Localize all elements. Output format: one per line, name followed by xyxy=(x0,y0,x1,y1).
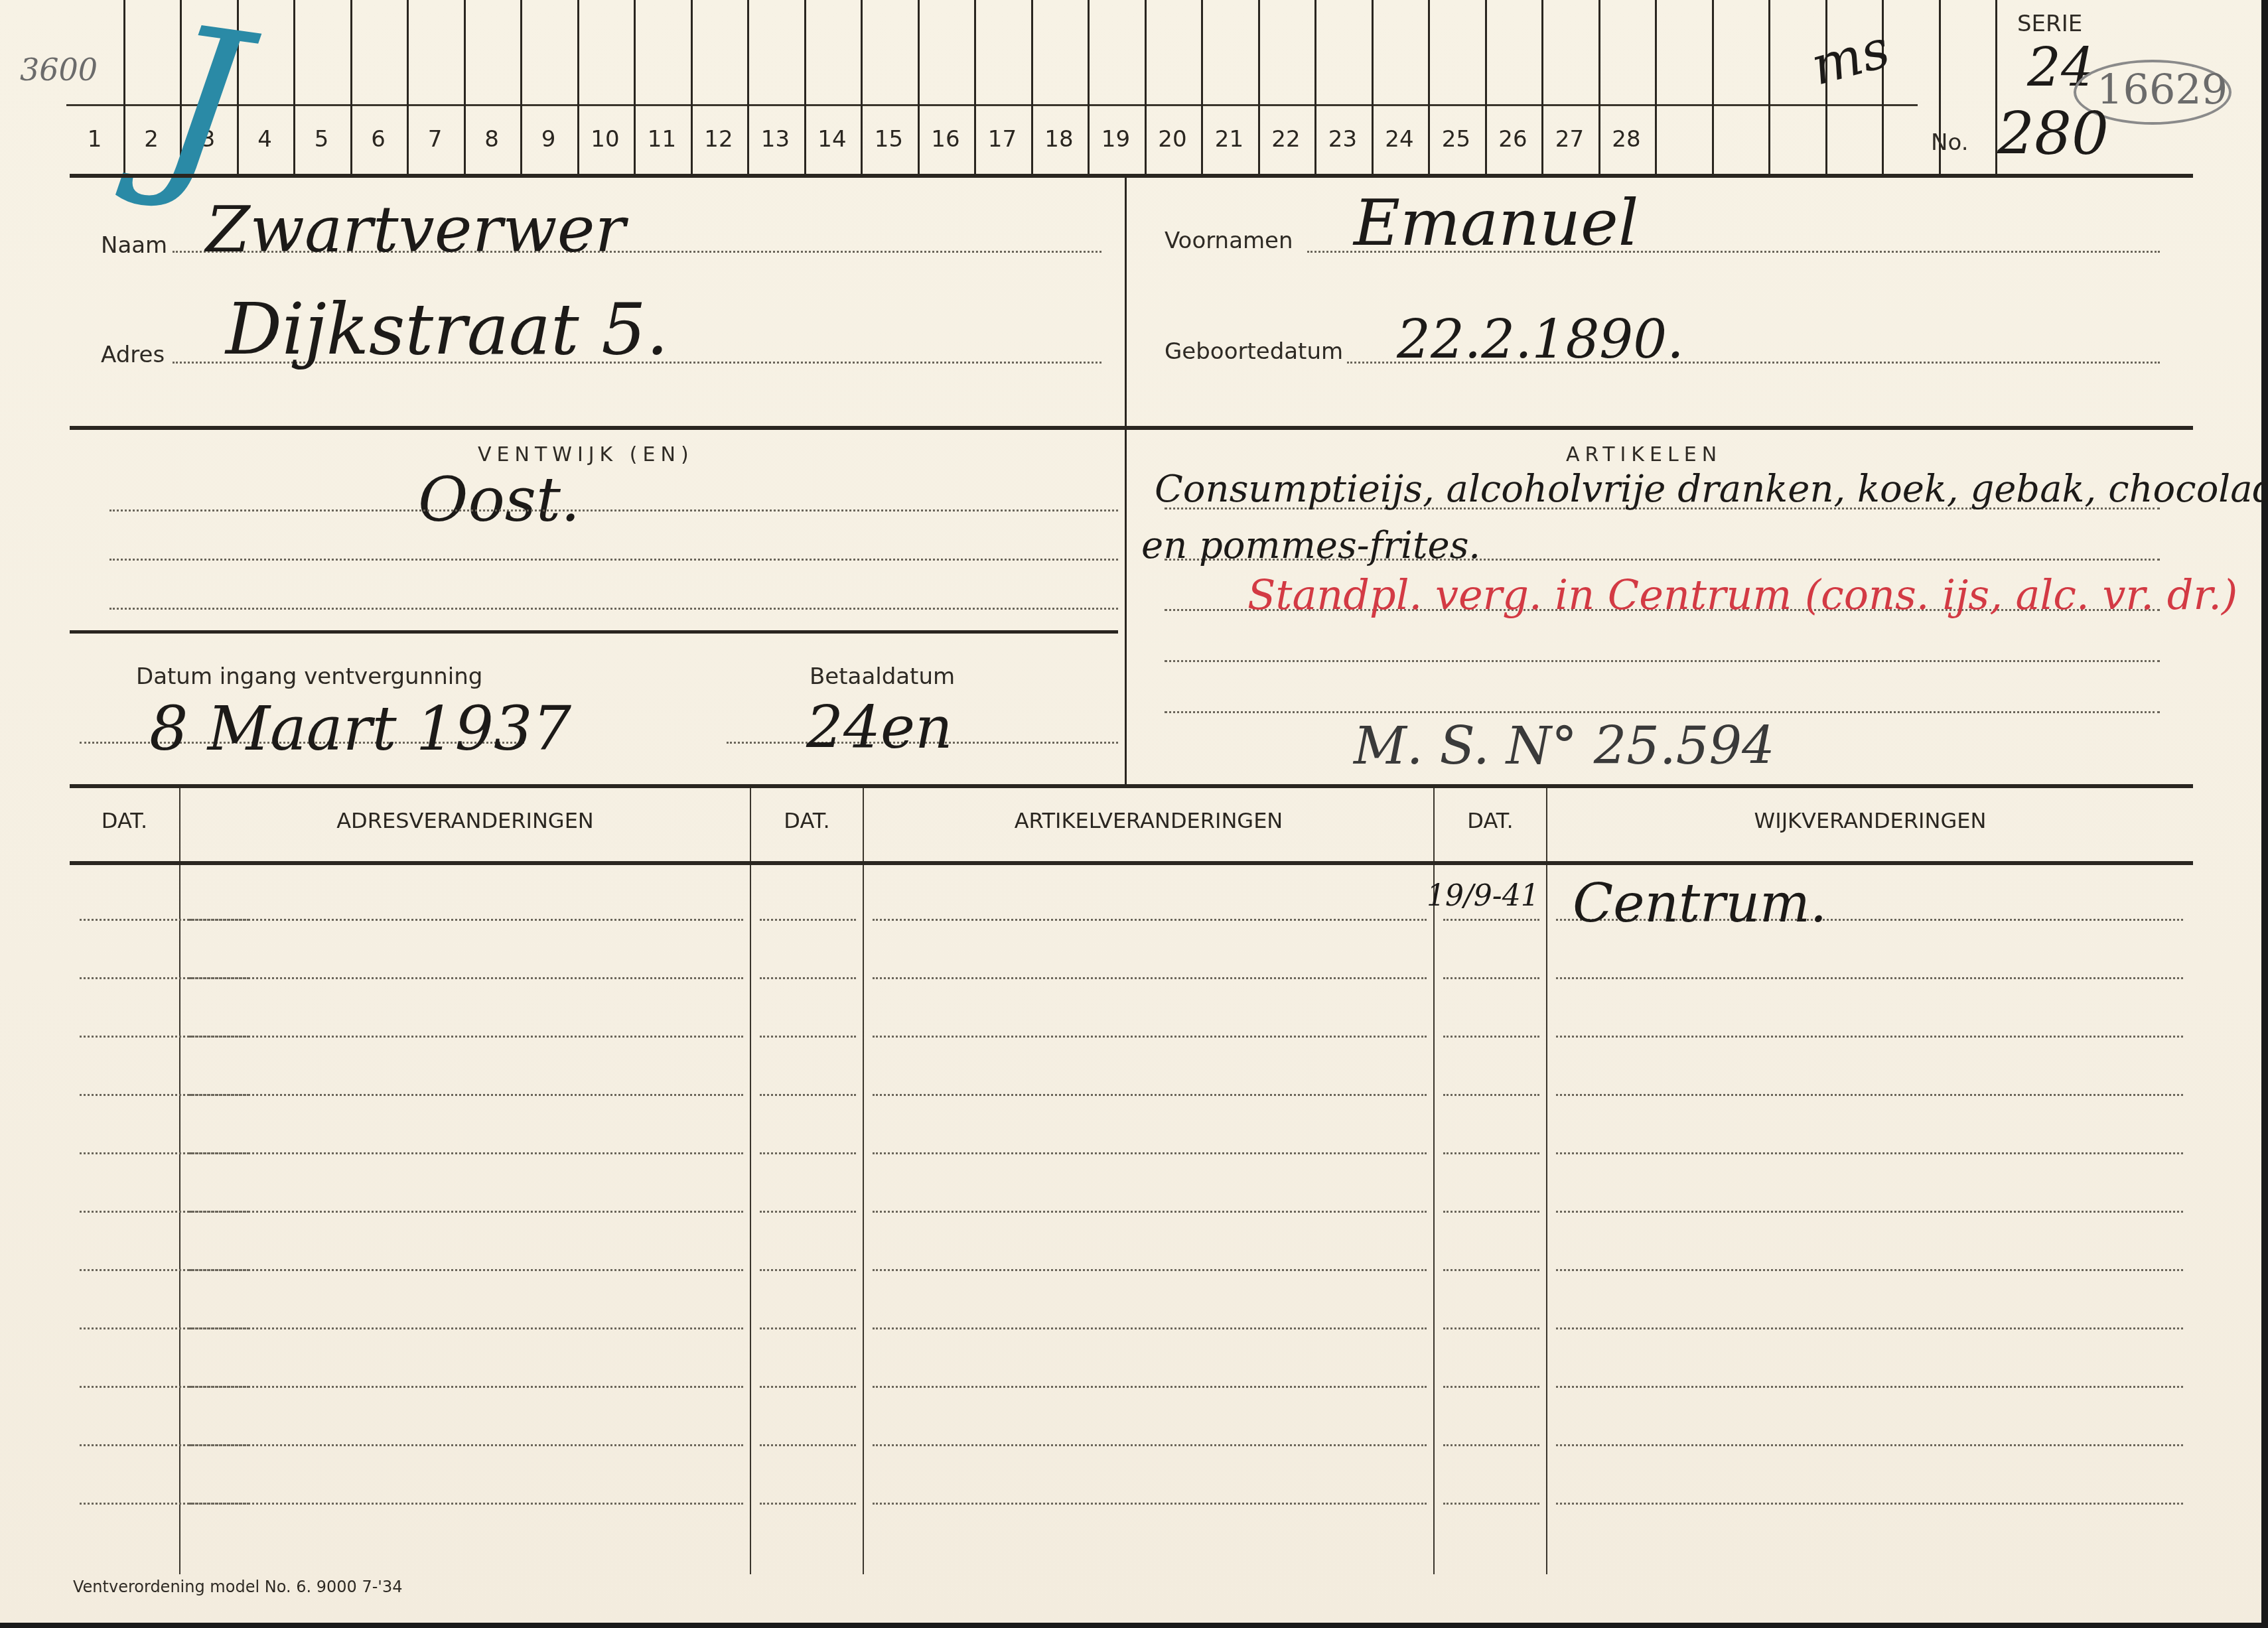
table-row-line xyxy=(1443,1094,1539,1096)
col-divider-3 xyxy=(863,788,864,1574)
table-row-line xyxy=(760,1327,856,1329)
grid-number: 14 xyxy=(804,126,861,153)
table-row-line xyxy=(760,1503,856,1505)
betaaldatum-label: Betaaldatum xyxy=(810,663,955,690)
artikelen-value-line2: en pommes-frites. xyxy=(1141,524,1480,567)
datum-ingang-value: 8 Maart 1937 xyxy=(149,693,571,764)
grid-number: 17 xyxy=(974,126,1030,153)
table-row-line xyxy=(189,1094,743,1096)
table-row-line xyxy=(1556,1094,2183,1096)
grid-column-line xyxy=(1712,0,1714,174)
personal-divider xyxy=(70,426,2193,430)
table-row-line xyxy=(1443,919,1539,921)
serie-label: SERIE xyxy=(2017,11,2082,37)
artikelen-value-line1: Consumptieijs, alcoholvrije dranken, koe… xyxy=(1155,468,2268,511)
naam-value: Zwartverwer xyxy=(206,192,625,267)
datum-ingang-label: Datum ingang ventvergunning xyxy=(136,663,482,690)
table-row-line xyxy=(1556,1269,2183,1271)
no-value: 280 xyxy=(1997,100,2109,168)
table-row-line xyxy=(873,1503,1427,1505)
grid-column-line xyxy=(1655,0,1657,174)
table-row-line xyxy=(760,1386,856,1388)
table-row-line xyxy=(1556,1036,2183,1038)
table-row-line xyxy=(189,919,743,921)
grid-number: 1 xyxy=(66,126,123,153)
table-row-line xyxy=(873,1036,1427,1038)
blue-check-mark: J xyxy=(147,0,258,223)
col-divider-1 xyxy=(179,788,180,1574)
ventwijk-line-1 xyxy=(109,509,1118,511)
grid-number: 25 xyxy=(1428,126,1484,153)
ventwijk-value: Oost. xyxy=(418,464,580,535)
table-row-line xyxy=(760,1152,856,1154)
table-row-line xyxy=(873,919,1427,921)
ventwijk-line-3 xyxy=(109,608,1118,610)
wijk-row-1-date: 19/9-41 xyxy=(1427,879,1539,913)
table-row-line xyxy=(1556,1503,2183,1505)
table-row-line xyxy=(873,1327,1427,1329)
table-row-line xyxy=(1443,1444,1539,1446)
table-row-line xyxy=(873,977,1427,979)
grid-number: 28 xyxy=(1598,126,1655,153)
ventwijk-line-2 xyxy=(109,559,1118,561)
table-row-line xyxy=(760,977,856,979)
grid-number: 12 xyxy=(691,126,747,153)
grid-number: 10 xyxy=(577,126,634,153)
header-artikelveranderingen: ARTIKELVERANDERINGEN xyxy=(864,808,1433,833)
grid-number: 4 xyxy=(237,126,293,153)
naam-label: Naam xyxy=(101,232,167,259)
table-row-line xyxy=(873,1211,1427,1213)
table-row-line xyxy=(189,1152,743,1154)
voornamen-label: Voornamen xyxy=(1165,228,1293,254)
grid-number: 16 xyxy=(918,126,974,153)
betaaldatum-value: 24en xyxy=(806,693,953,762)
grid-number: 5 xyxy=(293,126,350,153)
section-divider xyxy=(1125,176,1127,786)
grid-number: 9 xyxy=(520,126,577,153)
table-row-line xyxy=(1443,1327,1539,1329)
corner-number: 3600 xyxy=(20,52,98,88)
table-row-line xyxy=(1443,1152,1539,1154)
grid-number: 26 xyxy=(1485,126,1541,153)
ventwijk-label: VENTWIJK (EN) xyxy=(478,443,694,466)
col-divider-2 xyxy=(750,788,751,1574)
header-wijkveranderingen: WIJKVERANDERINGEN xyxy=(1547,808,2193,833)
header-adresveranderingen: ADRESVERANDERINGEN xyxy=(180,808,750,833)
table-row-line xyxy=(1556,1152,2183,1154)
table-row-line xyxy=(873,1386,1427,1388)
ms-number: M. S. N° 25.594 xyxy=(1354,716,1775,776)
grid-number: 15 xyxy=(861,126,917,153)
table-row-line xyxy=(760,1269,856,1271)
table-row-line xyxy=(760,919,856,921)
table-row-line xyxy=(189,1036,743,1038)
table-row-line xyxy=(189,1386,743,1388)
grid-number: 24 xyxy=(1372,126,1428,153)
table-row-line xyxy=(189,1503,743,1505)
wijk-row-1-value: Centrum. xyxy=(1573,872,1827,934)
grid-number: 22 xyxy=(1258,126,1314,153)
table-row-line xyxy=(189,1327,743,1329)
table-row-line xyxy=(873,1094,1427,1096)
circled-number: 16629 xyxy=(2097,65,2228,113)
header-dat-2: DAT. xyxy=(751,808,863,833)
table-row-line xyxy=(1556,1444,2183,1446)
table-row-line xyxy=(189,1211,743,1213)
table-row-line xyxy=(873,1152,1427,1154)
table-row-line xyxy=(1443,1036,1539,1038)
table-row-line xyxy=(1443,977,1539,979)
grid-column-line xyxy=(1768,0,1770,174)
table-row-line xyxy=(189,1269,743,1271)
table-row-line xyxy=(760,1444,856,1446)
table-row-line xyxy=(189,1444,743,1446)
grid-number: 11 xyxy=(634,126,690,153)
grid-number: 8 xyxy=(464,126,520,153)
table-row-line xyxy=(1443,1386,1539,1388)
header-dat-1: DAT. xyxy=(70,808,179,833)
artikelen-line-4 xyxy=(1165,660,2160,662)
grid-number: 23 xyxy=(1314,126,1371,153)
grid-number: 27 xyxy=(1541,126,1598,153)
ventwijk-bottom-line xyxy=(70,630,1118,634)
top-divider xyxy=(70,174,2193,178)
grid-number: 18 xyxy=(1031,126,1088,153)
table-row-line xyxy=(1443,1503,1539,1505)
grid-number: 13 xyxy=(747,126,804,153)
artikelen-label: ARTIKELEN xyxy=(1566,443,1722,466)
adres-value: Dijkstraat 5. xyxy=(226,289,668,370)
table-row-line xyxy=(873,1444,1427,1446)
grid-number: 19 xyxy=(1088,126,1144,153)
form-footer: Ventverordening model No. 6. 9000 7-'34 xyxy=(73,1578,402,1596)
artikelen-line-5 xyxy=(1165,711,2160,713)
table-top-line xyxy=(70,784,2193,788)
grid-number: 7 xyxy=(407,126,463,153)
table-row-line xyxy=(1556,977,2183,979)
table-row-line xyxy=(1556,1327,2183,1329)
table-row-line xyxy=(760,1036,856,1038)
header-dat-3: DAT. xyxy=(1435,808,1546,833)
artikelen-red-annotation: Standpl. verg. in Centrum (cons. ijs, al… xyxy=(1247,571,2237,619)
grid-number: 20 xyxy=(1145,126,1201,153)
table-row-line xyxy=(873,1269,1427,1271)
table-header-bottom-line xyxy=(70,861,2193,865)
adres-label: Adres xyxy=(101,342,165,368)
grid-number: 6 xyxy=(350,126,407,153)
table-row-line xyxy=(189,977,743,979)
registration-card: 1234567891011121314151617181920212223242… xyxy=(0,0,2268,1628)
voornamen-value: Emanuel xyxy=(1354,186,1639,260)
table-row-line xyxy=(1556,1386,2183,1388)
table-row-line xyxy=(1443,1269,1539,1271)
col-divider-5 xyxy=(1546,788,1547,1574)
grid-mid-line xyxy=(66,104,1918,106)
geboortedatum-value: 22.2.1890. xyxy=(1397,308,1684,370)
table-row-line xyxy=(760,1211,856,1213)
table-row-line xyxy=(1556,1211,2183,1213)
table-row-line xyxy=(1443,1211,1539,1213)
geboortedatum-label: Geboortedatum xyxy=(1165,338,1343,365)
no-label: No. xyxy=(1931,129,1968,156)
grid-number: 21 xyxy=(1201,126,1257,153)
table-row-line xyxy=(760,1094,856,1096)
